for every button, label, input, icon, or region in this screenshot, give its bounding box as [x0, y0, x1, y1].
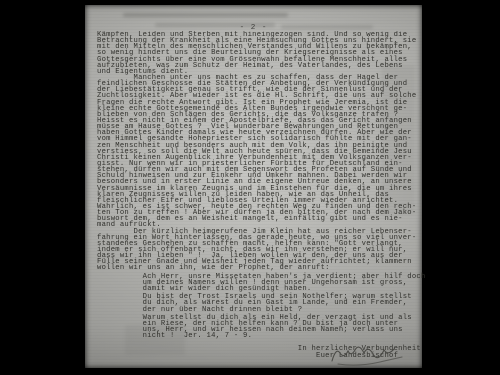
- text-line: nicht ! Jer. 14, 7 - 9.: [97, 333, 415, 339]
- text-line: wollen wir uns an ihn, wie der Prophet, …: [97, 265, 415, 271]
- text-line: der nur über Nacht drinnen bleibt ?: [97, 307, 415, 313]
- handwritten-signature: [328, 341, 408, 369]
- bleed-through-smudge: [123, 13, 288, 17]
- page-text: Kämpfen, Leiden und Sterben mit hineinge…: [97, 32, 415, 359]
- text-line: damit wir wider dich gesündigt haben.: [97, 286, 415, 292]
- document-page: - 2 - Kämpfen, Leiden und Sterben mit hi…: [85, 5, 422, 368]
- scan-background: - 2 - Kämpfen, Leiden und Sterben mit hi…: [0, 0, 500, 375]
